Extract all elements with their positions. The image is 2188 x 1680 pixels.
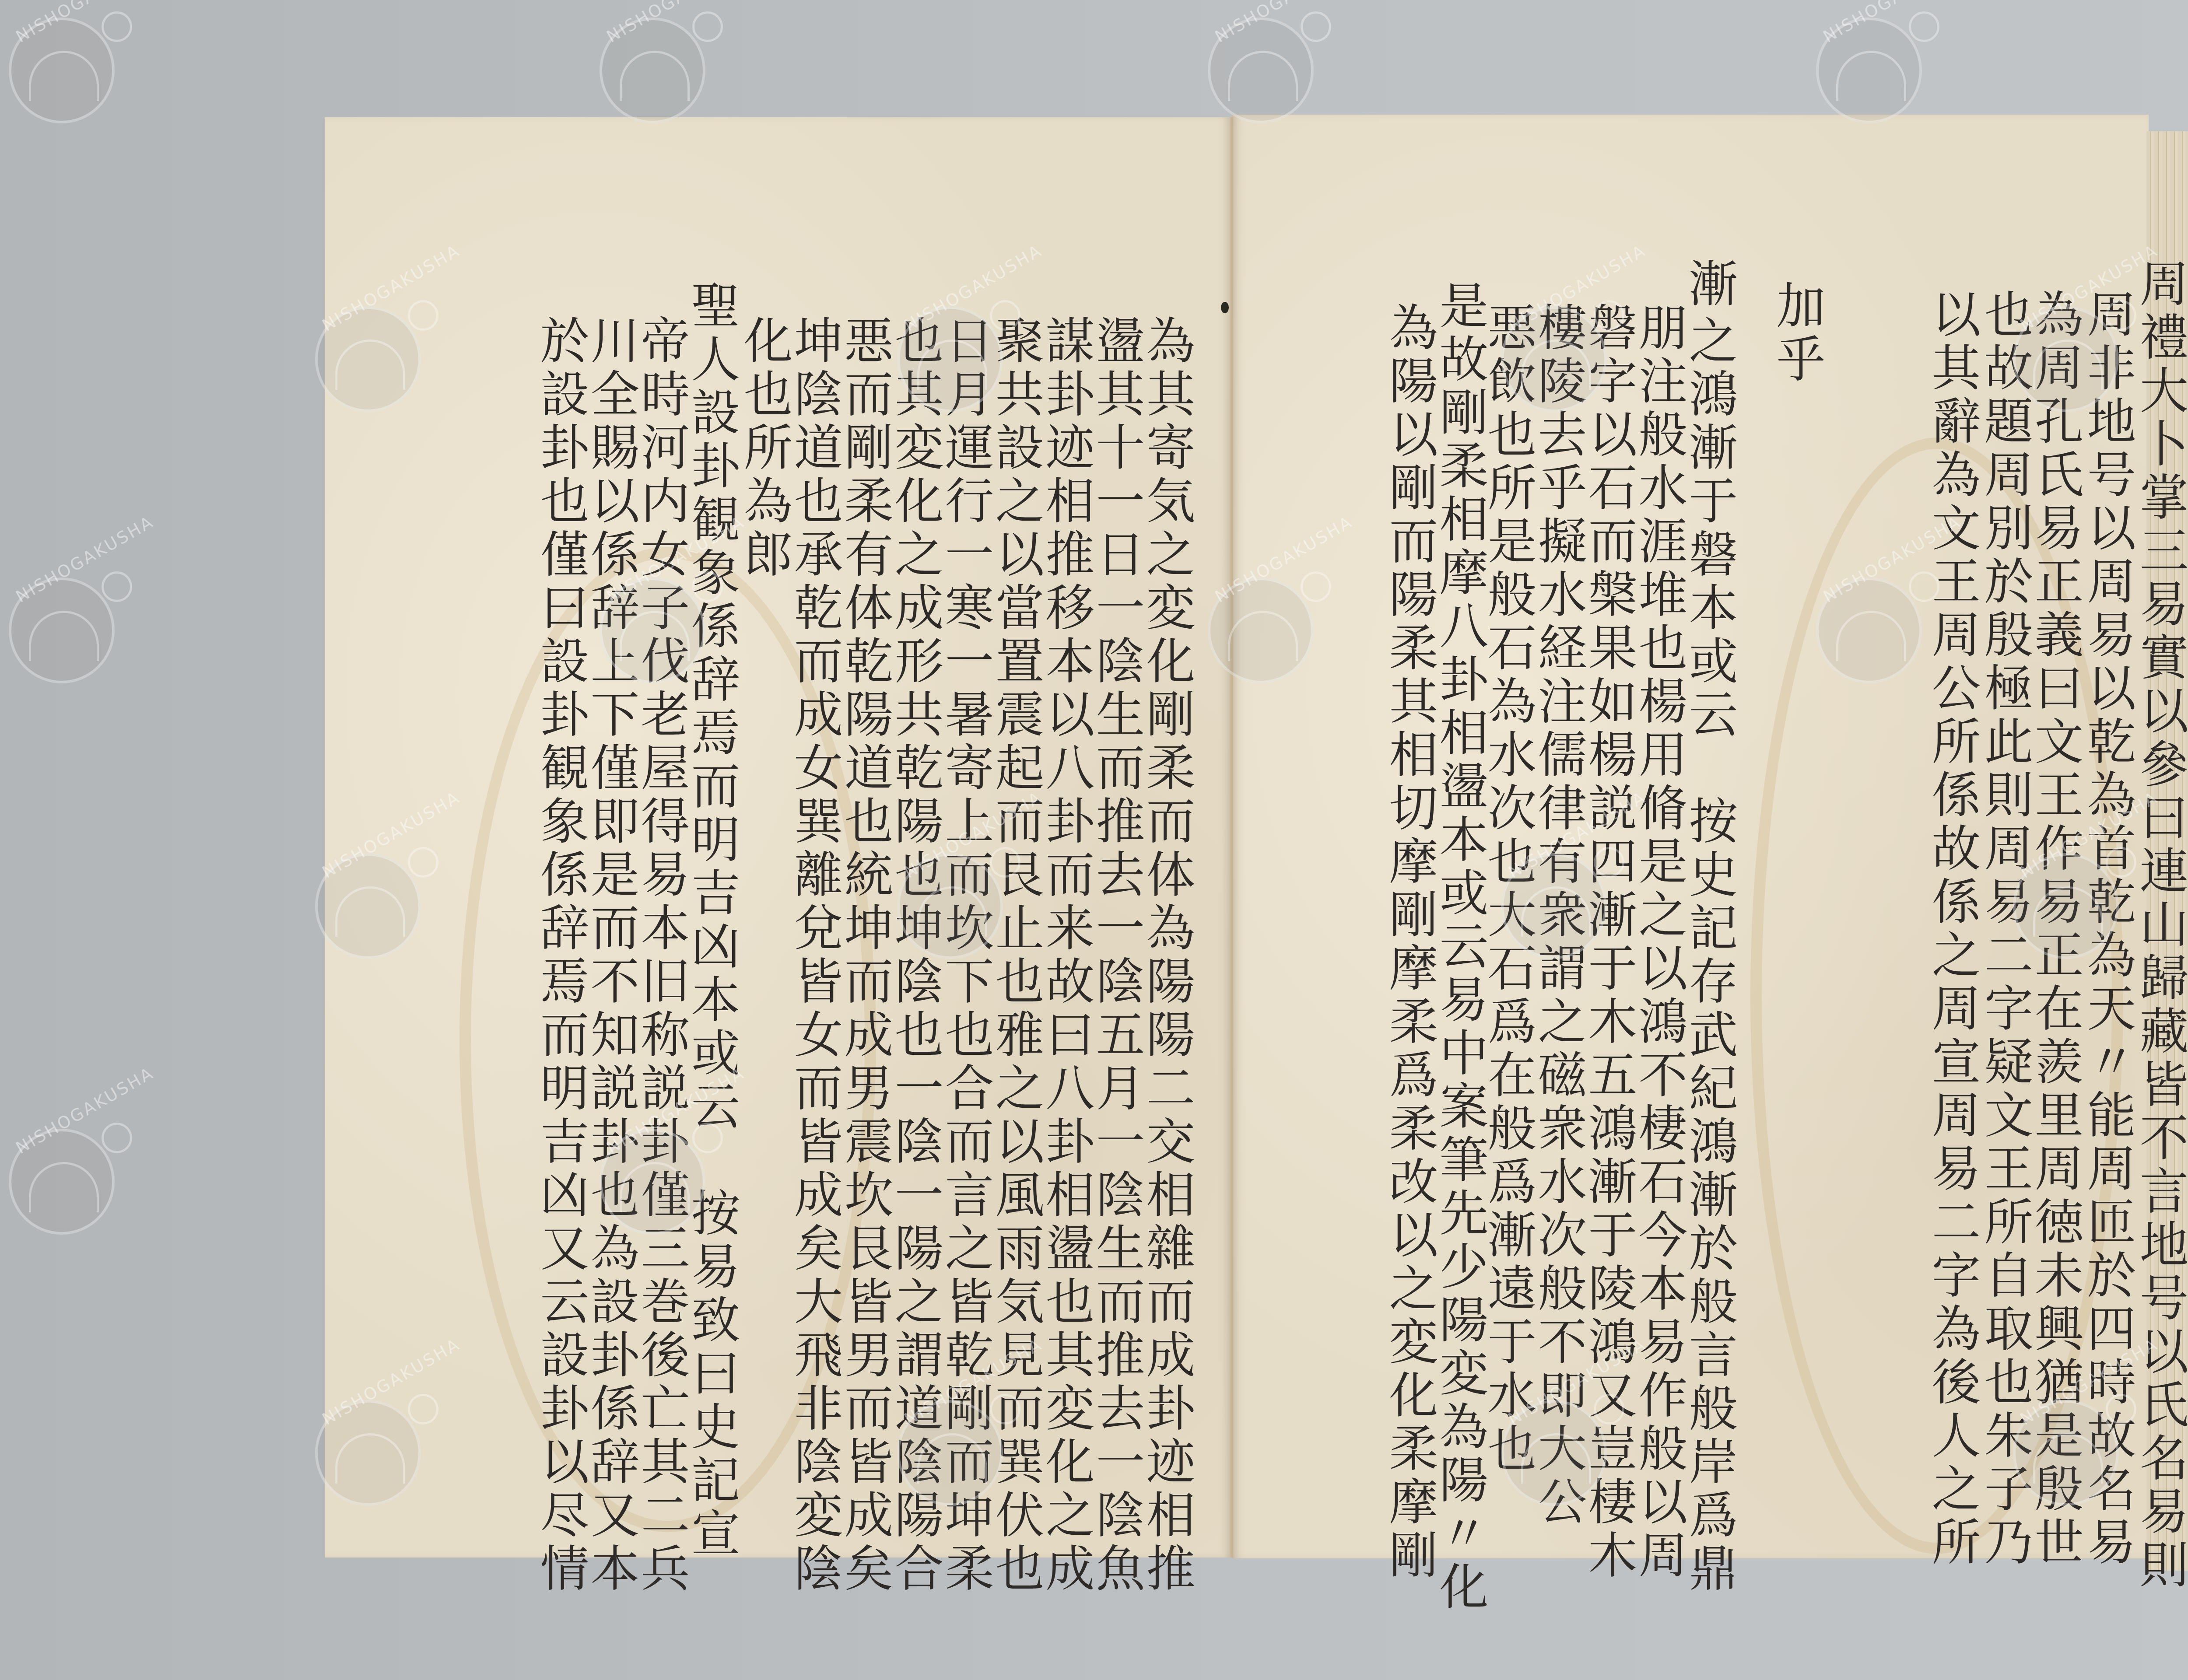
text-column: 加乎 bbox=[1772, 280, 1821, 387]
text-column: 於設卦也僅曰設卦観象係辞焉而明吉凶又云設卦以尽情 bbox=[536, 315, 585, 1596]
text-column: 聖人設卦観象係辞焉而明吉凶本或云 按易致曰史記宣 bbox=[687, 280, 736, 1561]
nishogakusha-watermark-icon: NISHOGAKUSHA bbox=[1816, 577, 1922, 683]
nishogakusha-watermark-icon: NISHOGAKUSHA bbox=[600, 17, 705, 123]
text-column: 坤陰道也承乾而成女巽離兌皆女而皆成矣大飛非陰変陰 bbox=[790, 315, 839, 1596]
nishogakusha-watermark-icon: NISHOGAKUSHA bbox=[897, 306, 1003, 412]
nishogakusha-watermark-icon: NISHOGAKUSHA bbox=[1501, 306, 1607, 412]
nishogakusha-watermark-icon: NISHOGAKUSHA bbox=[2013, 1400, 2119, 1506]
nishogakusha-watermark-icon: NISHOGAKUSHA bbox=[9, 577, 115, 683]
nishogakusha-watermark-icon: NISHOGAKUSHA bbox=[897, 853, 1003, 959]
nishogakusha-watermark-icon: NISHOGAKUSHA bbox=[600, 577, 705, 683]
nishogakusha-watermark-icon: NISHOGAKUSHA bbox=[2013, 306, 2119, 412]
text-column: 之鴻漸于磐本或云 按史記存武紀鴻漸於般言般岸爲鼎 bbox=[1685, 315, 1734, 1596]
nishogakusha-watermark-icon: NISHOGAKUSHA bbox=[1208, 17, 1314, 123]
open-book: 周禮大卜掌三易實以參曰連山歸藏皆不言地号以氏名易則 周非地号以周易以乾為首乾為天… bbox=[0, 0, 2188, 1680]
binding-hole bbox=[1221, 302, 1229, 313]
text-column: 為陽以剛而陽柔其相切摩剛摩柔爲柔改以之変化柔摩剛 bbox=[1385, 302, 1434, 1583]
text-column: 周禮大卜掌三易實以參曰連山歸藏皆不言地号以氏名易則 bbox=[2135, 258, 2184, 1592]
text-column: 川全賜以係辞上下僅即是而不知説卦也為設卦係辞又本 bbox=[586, 315, 635, 1596]
text-column: 為其寄気之変化剛柔而体為陽陽二交相雜而成卦迹相推 bbox=[1142, 315, 1191, 1596]
text-column: 悪而剛柔有体乾陽道也統坤而成男震坎艮皆男而皆成矣 bbox=[840, 315, 889, 1596]
nishogakusha-watermark-icon: NISHOGAKUSHA bbox=[315, 853, 421, 959]
text-column: 朋注般水涯堆也楊用脩是之以鴻不棲石今本易作般以周 bbox=[1634, 302, 1683, 1583]
nishogakusha-watermark-icon: NISHOGAKUSHA bbox=[1501, 853, 1607, 959]
section-heading: 漸 bbox=[1685, 258, 1734, 311]
nishogakusha-watermark-icon: NISHOGAKUSHA bbox=[315, 1400, 421, 1506]
nishogakusha-watermark-icon: NISHOGAKUSHA bbox=[897, 1400, 1003, 1506]
gutter-fold bbox=[1231, 117, 1233, 1557]
text-column: 謀卦迹相推移本以八卦而来故曰八卦相盪也其変化之成 bbox=[1041, 315, 1090, 1596]
text-column: 以其辭為文王周公所係故係之周宣周易二字為後人之所 bbox=[1928, 289, 1977, 1570]
nishogakusha-watermark-icon: NISHOGAKUSHA bbox=[2013, 853, 2119, 959]
text-column: 化也所為郎 bbox=[740, 315, 789, 582]
nishogakusha-watermark-icon: NISHOGAKUSHA bbox=[1816, 17, 1922, 123]
text-column: 帝時河内女子伐老屋得易本旧称説卦僅三巻後亡其二兵 bbox=[637, 315, 686, 1596]
nishogakusha-watermark-icon: NISHOGAKUSHA bbox=[600, 1129, 705, 1235]
text-column: 是故剛柔相摩八卦相盪本或云易中案筆先少陽変為陽〃化 bbox=[1435, 280, 1484, 1614]
nishogakusha-watermark-icon: NISHOGAKUSHA bbox=[9, 1129, 115, 1235]
nishogakusha-watermark-icon: NISHOGAKUSHA bbox=[315, 306, 421, 412]
nishogakusha-watermark-icon: NISHOGAKUSHA bbox=[9, 17, 115, 123]
nishogakusha-watermark-icon: NISHOGAKUSHA bbox=[1501, 1400, 1607, 1506]
text-column: 盪其十一日一陰生而推去一陰五月一陰生而推去一陰魚 bbox=[1092, 315, 1141, 1596]
nishogakusha-watermark-icon: NISHOGAKUSHA bbox=[1208, 577, 1314, 683]
